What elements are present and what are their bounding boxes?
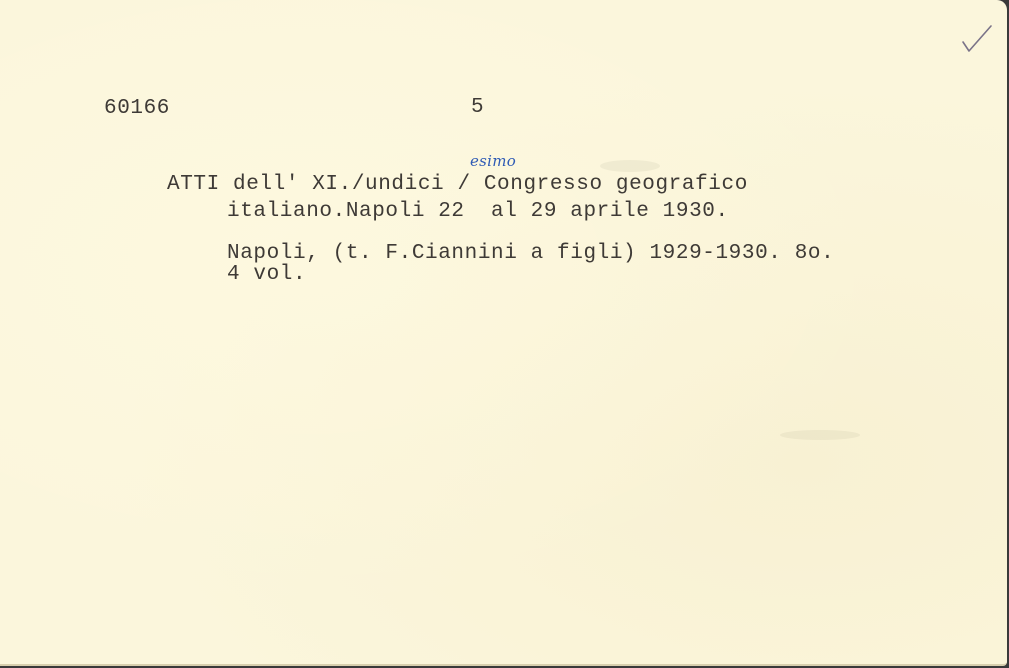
copy-number: 5 xyxy=(471,97,484,119)
handwritten-correction: esimo xyxy=(470,152,516,170)
imprint-line-1: Napoli, (t. F.Ciannini a figli) 1929-193… xyxy=(227,243,834,265)
accession-number: 60166 xyxy=(104,98,170,120)
smudge xyxy=(780,430,860,440)
check-mark-icon xyxy=(960,22,994,56)
imprint-line-2: 4 vol. xyxy=(227,264,306,286)
title-line-1: ATTI dell' XI./undici / Congresso geogra… xyxy=(167,174,748,196)
title-line-2: italiano.Napoli 22 al 29 aprile 1930. xyxy=(227,201,729,223)
smudge xyxy=(600,160,660,172)
catalog-card: 60166 5 esimo ATTI dell' XI./undici / Co… xyxy=(0,0,1007,666)
